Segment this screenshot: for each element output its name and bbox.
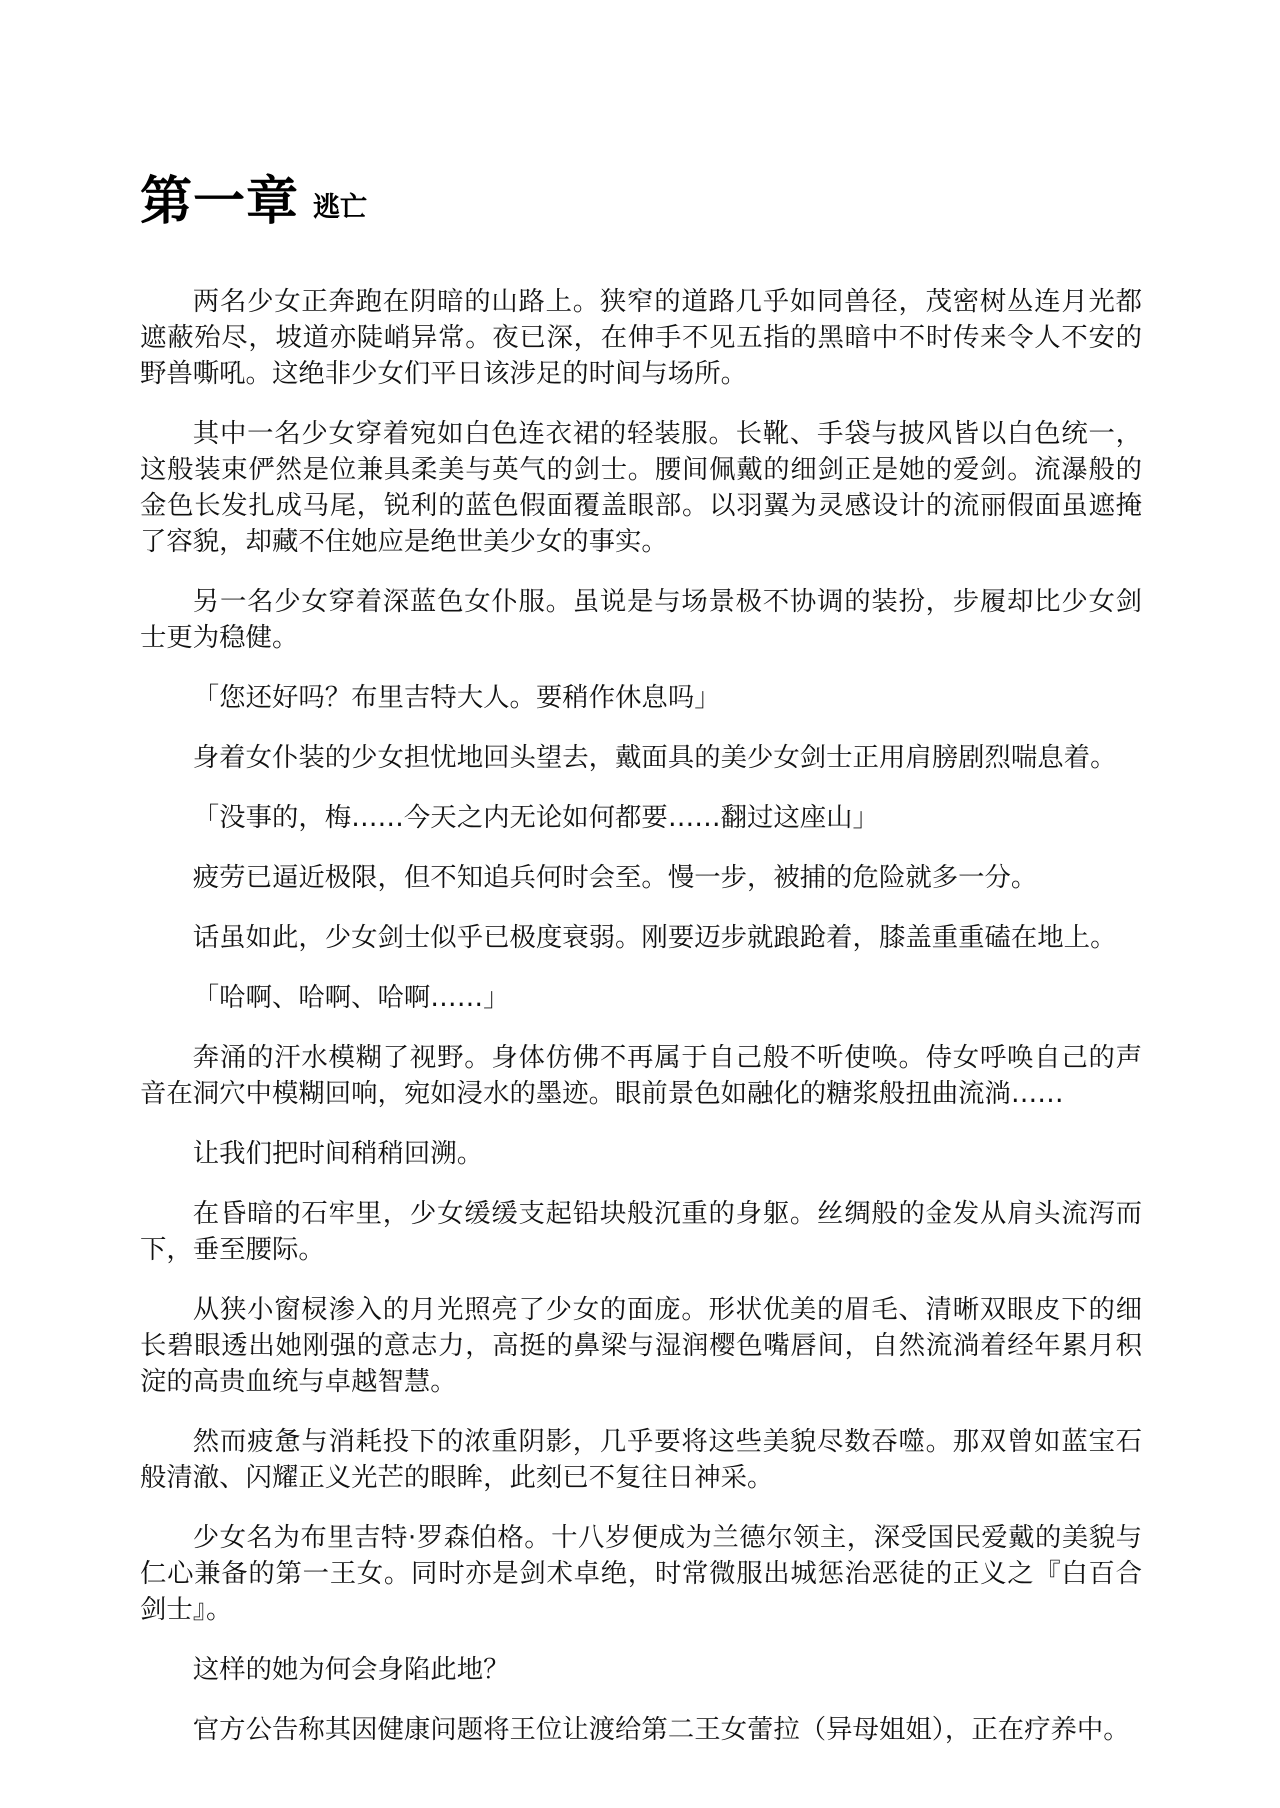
dialogue-line: 「哈啊、哈啊、哈啊……」 — [140, 980, 1142, 1016]
document-page: 第一章 逃亡 两名少女正奔跑在阴暗的山路上。狭窄的道路几乎如同兽径，茂密树丛连月… — [140, 168, 1142, 1772]
chapter-heading: 第一章 逃亡 — [140, 168, 1142, 232]
paragraph: 疲劳已逼近极限，但不知追兵何时会至。慢一步，被捕的危险就多一分。 — [140, 860, 1142, 896]
paragraph: 这样的她为何会身陷此地？ — [140, 1652, 1142, 1688]
paragraph: 在昏暗的石牢里，少女缓缓支起铅块般沉重的身躯。丝绸般的金发从肩头流泻而下，垂至腰… — [140, 1196, 1142, 1268]
paragraph: 其中一名少女穿着宛如白色连衣裙的轻装服。长靴、手袋与披风皆以白色统一，这般装束俨… — [140, 416, 1142, 560]
paragraph: 从狭小窗棂渗入的月光照亮了少女的面庞。形状优美的眉毛、清晰双眼皮下的细长碧眼透出… — [140, 1292, 1142, 1400]
paragraph: 另一名少女穿着深蓝色女仆服。虽说是与场景极不协调的装扮，步履却比少女剑士更为稳健… — [140, 584, 1142, 656]
paragraph: 少女名为布里吉特·罗森伯格。十八岁便成为兰德尔领主，深受国民爱戴的美貌与仁心兼备… — [140, 1520, 1142, 1628]
chapter-number: 第一章 — [140, 172, 299, 232]
chapter-title: 逃亡 — [313, 188, 367, 232]
paragraph: 身着女仆装的少女担忧地回头望去，戴面具的美少女剑士正用肩膀剧烈喘息着。 — [140, 740, 1142, 776]
paragraph: 奔涌的汗水模糊了视野。身体仿佛不再属于自己般不听使唤。侍女呼唤自己的声音在洞穴中… — [140, 1040, 1142, 1112]
dialogue-line: 「您还好吗？布里吉特大人。要稍作休息吗」 — [140, 680, 1142, 716]
paragraph: 然而疲惫与消耗投下的浓重阴影，几乎要将这些美貌尽数吞噬。那双曾如蓝宝石般清澈、闪… — [140, 1424, 1142, 1496]
paragraph: 官方公告称其因健康问题将王位让渡给第二王女蕾拉（异母姐姐），正在疗养中。 — [140, 1712, 1142, 1748]
dialogue-line: 「没事的，梅……今天之内无论如何都要……翻过这座山」 — [140, 800, 1142, 836]
paragraph: 两名少女正奔跑在阴暗的山路上。狭窄的道路几乎如同兽径，茂密树丛连月光都遮蔽殆尽，… — [140, 284, 1142, 392]
paragraph: 让我们把时间稍稍回溯。 — [140, 1136, 1142, 1172]
paragraph: 话虽如此，少女剑士似乎已极度衰弱。刚要迈步就踉跄着，膝盖重重磕在地上。 — [140, 920, 1142, 956]
